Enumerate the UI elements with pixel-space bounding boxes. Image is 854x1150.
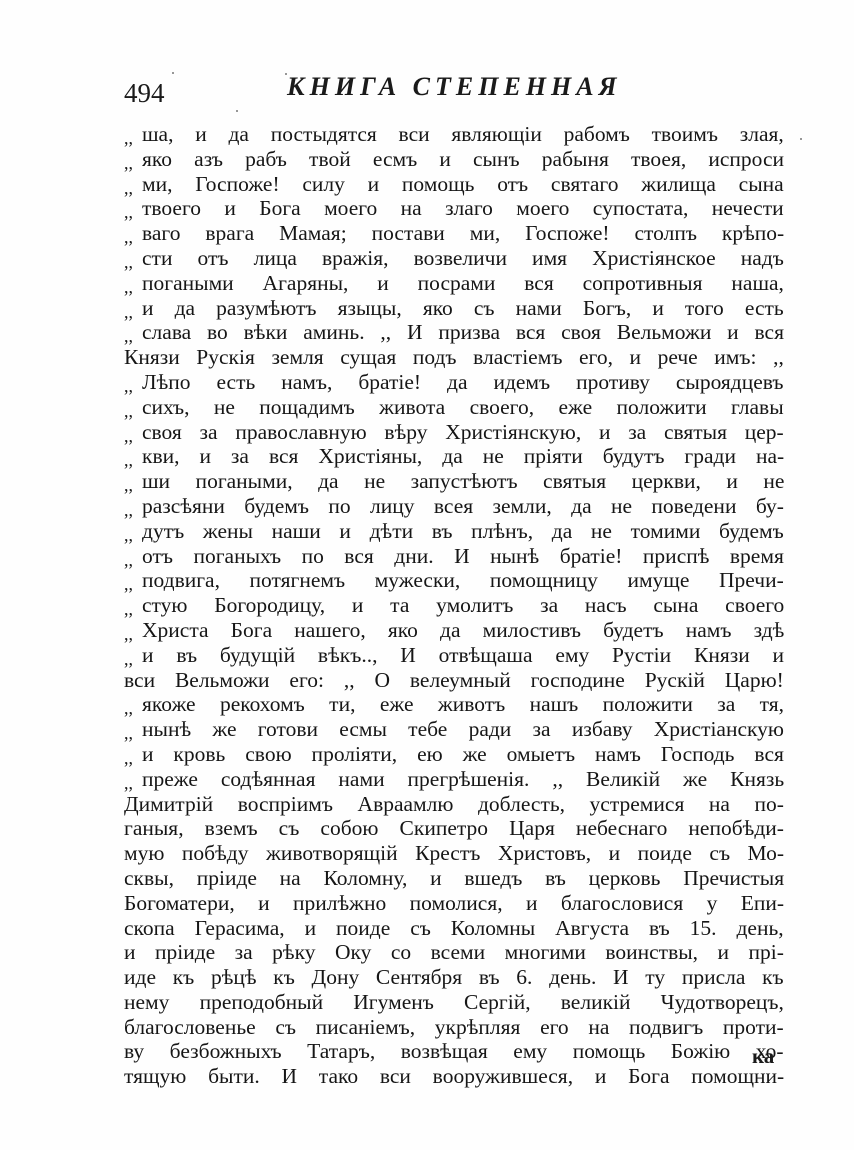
page-header: 494 КНИГА СТЕПЕННАЯ xyxy=(124,72,784,106)
text-line: ,,кви, и за вся Христіяны, да не пріяти … xyxy=(124,444,784,469)
line-text: слава во вѣки аминь. ,, И призва вся сво… xyxy=(142,320,784,345)
text-line: ,,слава во вѣки аминь. ,, И призва вся с… xyxy=(124,320,784,345)
text-line: сквы, пріиде на Коломну, и вшедъ въ церк… xyxy=(124,866,784,891)
text-line: ,,стую Богородицу, и та умолитъ за насъ … xyxy=(124,593,784,618)
line-text: и кровь свою проліяти, ею же омыетъ намъ… xyxy=(142,742,784,767)
line-text: Лѣпо есть намъ, братіе! да идемъ противу… xyxy=(142,370,784,395)
text-line: ,,якоже рекохомъ ти, еже животъ нашъ пол… xyxy=(124,692,784,717)
print-speck xyxy=(172,72,174,74)
text-line: ,,преже содѣянная нами прегрѣшенія. ,, В… xyxy=(124,767,784,792)
text-line: ,,яко азъ рабъ твой есмъ и сынъ рабыня т… xyxy=(124,147,784,172)
text-line: скопа Герасима, и поиде съ Коломны Авгус… xyxy=(124,916,784,941)
page-number: 494 xyxy=(124,78,165,109)
print-speck xyxy=(236,110,238,112)
line-text: погаными Агаряны, и посрами вся сопротив… xyxy=(142,271,784,296)
text-line: ,,разсѣяни будемъ по лицу всея земли, да… xyxy=(124,494,784,519)
text-line: ,,ми, Госпоже! силу и помощь отъ святаго… xyxy=(124,172,784,197)
catchword: ка xyxy=(752,1044,774,1069)
book-page: 494 КНИГА СТЕПЕННАЯ ,,ша, и да постыдятс… xyxy=(0,0,854,1150)
text-line: ,,твоего и Бога моего на злаго моего суп… xyxy=(124,196,784,221)
text-line: Богоматери, и прилѣжно помолися, и благо… xyxy=(124,891,784,916)
line-text: сихъ, не пощадимъ живота своего, еже пол… xyxy=(142,395,784,420)
line-text: ша, и да постыдятся вси являющіи рабомъ … xyxy=(142,122,784,147)
print-speck xyxy=(800,138,802,140)
text-line: ,,подвига, потягнемъ мужески, помощницу … xyxy=(124,568,784,593)
text-line: ,,сихъ, не пощадимъ живота своего, еже п… xyxy=(124,395,784,420)
line-text: ми, Госпоже! силу и помощь отъ святаго ж… xyxy=(142,172,784,197)
text-line: нему преподобный Игуменъ Сергій, великій… xyxy=(124,990,784,1015)
text-line: ,,ша, и да постыдятся вси являющіи рабом… xyxy=(124,122,784,147)
line-text: и пріиде за рѣку Оку со всеми многими во… xyxy=(124,940,784,965)
line-text: иде къ рѣцѣ къ Дону Сентября въ 6. день.… xyxy=(124,965,784,990)
text-line: мую побѣду животворящій Крестъ Христовъ,… xyxy=(124,841,784,866)
running-head-title: КНИГА СТЕПЕННАЯ xyxy=(287,72,622,102)
text-line: ,,отъ поганыхъ по вся дни. И нынѣ братіе… xyxy=(124,544,784,569)
line-text: ву безбожныхъ Татаръ, возвѣщая ему помощ… xyxy=(124,1039,784,1064)
line-text: Димитрій воспріимъ Авраамлю доблесть, ус… xyxy=(124,792,784,817)
print-speck xyxy=(285,73,287,75)
line-text: сквы, пріиде на Коломну, и вшедъ въ церк… xyxy=(124,866,784,891)
line-text: нынѣ же готови есмы тебе ради за избаву … xyxy=(142,717,784,742)
text-line: ганыя, вземъ съ собою Скипетро Царя небе… xyxy=(124,816,784,841)
text-line: ,,и кровь свою проліяти, ею же омыетъ на… xyxy=(124,742,784,767)
body-text: ,,ша, и да постыдятся вси являющіи рабом… xyxy=(124,122,784,1089)
text-line: ,,сти отъ лица вражія, возвеличи имя Хри… xyxy=(124,246,784,271)
line-text: сти отъ лица вражія, возвеличи имя Христ… xyxy=(142,246,784,271)
line-text: Князи Рускія земля сущая подъ властіемъ … xyxy=(124,345,784,370)
line-text: отъ поганыхъ по вся дни. И нынѣ братіе! … xyxy=(142,544,784,569)
text-line: ,,своя за православную вѣру Христіянскую… xyxy=(124,420,784,445)
line-text: ши погаными, да не запустѣютъ святыя цер… xyxy=(142,469,784,494)
line-text: вси Вельможи его: ,, О велеумный господи… xyxy=(124,668,784,693)
line-text: ваго врага Мамая; постави ми, Госпоже! с… xyxy=(142,221,784,246)
line-text: мую побѣду животворящій Крестъ Христовъ,… xyxy=(124,841,784,866)
text-line: ,,и въ будущій вѣкъ.., И отвѣщаша ему Ру… xyxy=(124,643,784,668)
line-text: разсѣяни будемъ по лицу всея земли, да н… xyxy=(142,494,784,519)
text-line: ву безбожныхъ Татаръ, возвѣщая ему помощ… xyxy=(124,1039,784,1064)
text-line: вси Вельможи его: ,, О велеумный господи… xyxy=(124,668,784,693)
line-text: стую Богородицу, и та умолитъ за насъ сы… xyxy=(142,593,784,618)
text-line: ,,Лѣпо есть намъ, братіе! да идемъ проти… xyxy=(124,370,784,395)
line-text: и да разумѣютъ языцы, яко съ нами Богъ, … xyxy=(142,296,784,321)
line-text: подвига, потягнемъ мужески, помощницу им… xyxy=(142,568,784,593)
text-line: ,,Христа Бога нашего, яко да милостивъ б… xyxy=(124,618,784,643)
line-text: дутъ жены наши и дѣти въ плѣнъ, да не то… xyxy=(142,519,784,544)
text-line: ,,ваго врага Мамая; постави ми, Госпоже!… xyxy=(124,221,784,246)
line-text: Богоматери, и прилѣжно помолися, и благо… xyxy=(124,891,784,916)
text-line: ,,дутъ жены наши и дѣти въ плѣнъ, да не … xyxy=(124,519,784,544)
line-text: Христа Бога нашего, яко да милостивъ буд… xyxy=(142,618,784,643)
text-line: ,,и да разумѣютъ языцы, яко съ нами Богъ… xyxy=(124,296,784,321)
line-text: и въ будущій вѣкъ.., И отвѣщаша ему Руст… xyxy=(142,643,784,668)
text-line: иде къ рѣцѣ къ Дону Сентября въ 6. день.… xyxy=(124,965,784,990)
text-line: ,,погаными Агаряны, и посрами вся сопрот… xyxy=(124,271,784,296)
line-text: нему преподобный Игуменъ Сергій, великій… xyxy=(124,990,784,1015)
line-text: кви, и за вся Христіяны, да не пріяти бу… xyxy=(142,444,784,469)
text-line: Димитрій воспріимъ Авраамлю доблесть, ус… xyxy=(124,792,784,817)
line-text: яко азъ рабъ твой есмъ и сынъ рабыня тво… xyxy=(142,147,784,172)
line-text: своя за православную вѣру Христіянскую, … xyxy=(142,420,784,445)
text-line: благословенье съ писаніемъ, укрѣпляя его… xyxy=(124,1015,784,1040)
line-text: тящую быти. И тако вси вооружившеся, и Б… xyxy=(124,1064,784,1089)
line-text: скопа Герасима, и поиде съ Коломны Авгус… xyxy=(124,916,784,941)
line-text: ганыя, вземъ съ собою Скипетро Царя небе… xyxy=(124,816,784,841)
text-line: ,,нынѣ же готови есмы тебе ради за избав… xyxy=(124,717,784,742)
line-text: якоже рекохомъ ти, еже животъ нашъ полож… xyxy=(142,692,784,717)
text-line: ,,ши погаными, да не запустѣютъ святыя ц… xyxy=(124,469,784,494)
line-text: преже содѣянная нами прегрѣшенія. ,, Вел… xyxy=(142,767,784,792)
text-line: тящую быти. И тако вси вооружившеся, и Б… xyxy=(124,1064,784,1089)
line-text: твоего и Бога моего на злаго моего супос… xyxy=(142,196,784,221)
line-text: благословенье съ писаніемъ, укрѣпляя его… xyxy=(124,1015,784,1040)
text-line: Князи Рускія земля сущая подъ властіемъ … xyxy=(124,345,784,370)
text-line: и пріиде за рѣку Оку со всеми многими во… xyxy=(124,940,784,965)
